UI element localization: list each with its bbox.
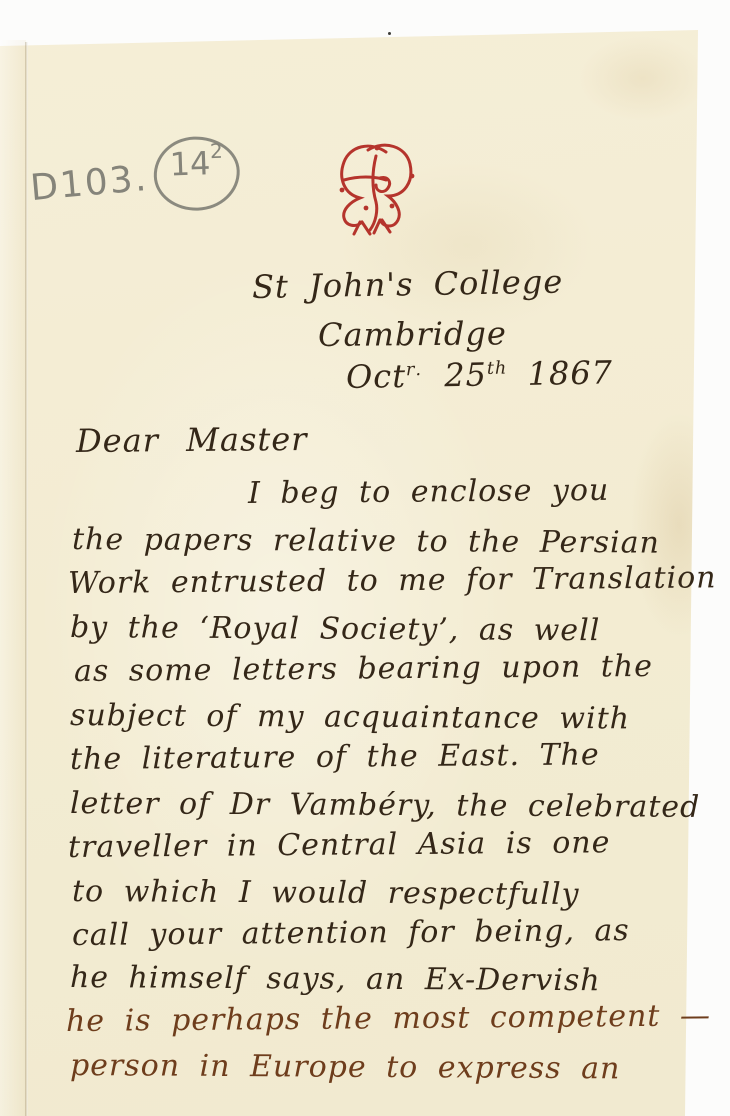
folio-circle: 14 2 [152, 135, 241, 212]
folio-superscript: 2 [210, 141, 223, 161]
fold-crease-line [25, 42, 28, 1116]
body-line: I beg to enclose you [248, 473, 610, 511]
heading-institution: St John's College [252, 263, 564, 306]
monogram-icon [330, 138, 422, 238]
body-line: person in Europe to express an [70, 1048, 621, 1086]
date-day: 25 [424, 356, 488, 395]
fold-crease-shading [0, 40, 26, 1116]
body-line: Work entrusted to me for Translation [68, 560, 717, 601]
body-line: the papers relative to the Persian [72, 522, 660, 561]
scanned-letter-page: D103. 14 2 St John's College Cambridge O… [0, 0, 730, 1116]
body-line: the literature of the East. The [70, 737, 600, 777]
body-line: as some letters bearing upon the [74, 649, 653, 689]
shelfmark-text: D103. [29, 157, 150, 208]
date-day-superscript: th [487, 359, 508, 379]
body-line: call your attention for being, as [72, 913, 630, 953]
body-line: by the ‘Royal Society’, as well [70, 610, 601, 648]
body-line: subject of my acquaintance with [70, 698, 630, 736]
salutation: Dear Master [76, 420, 308, 460]
folio-number: 14 [169, 147, 211, 180]
date-year: 1867 [507, 353, 613, 393]
body-line: traveller in Central Asia is one [68, 825, 611, 865]
dust-speck [388, 32, 391, 35]
body-line: to which I would respectfully [72, 874, 580, 912]
date-month-superscript: r. [406, 360, 424, 380]
body-line: letter of Dr Vambéry, the celebrated [70, 786, 701, 825]
date-month: Oct [346, 357, 407, 396]
body-line: he is perhaps the most competent — [66, 998, 711, 1039]
body-line: he himself says, an Ex-Dervish [70, 960, 601, 998]
heading-date: Octr. 25th 1867 [346, 353, 614, 396]
heading-city: Cambridge [318, 314, 507, 354]
